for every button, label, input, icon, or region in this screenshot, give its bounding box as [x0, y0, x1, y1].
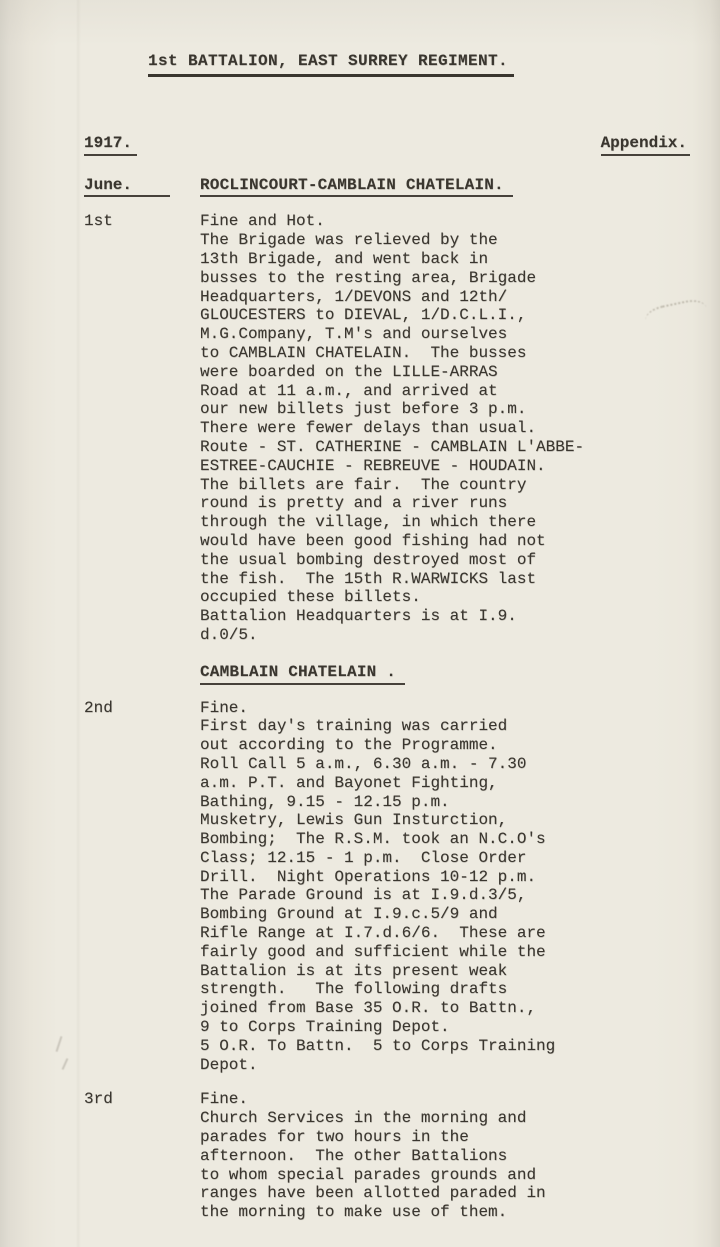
- diary-line: the usual bombing destroyed most of: [200, 551, 720, 570]
- diary-line: joined from Base 35 O.R. to Battn.,: [200, 999, 720, 1018]
- diary-line: The Parade Ground is at I.9.d.3/5,: [200, 886, 720, 905]
- diary-line: occupied these billets.: [200, 588, 720, 607]
- section-heading: CAMBLAIN CHATELAIN .: [200, 663, 405, 685]
- section-heading: ROCLINCOURT-CAMBLAIN CHATELAIN.: [200, 176, 513, 198]
- diary-line: were boarded on the LILLE-ARRAS: [200, 363, 720, 382]
- diary-line: Drill. Night Operations 10-12 p.m.: [200, 868, 720, 887]
- diary-entry: 1stFine and Hot.The Brigade was relieved…: [84, 212, 720, 644]
- diary-line: Road at 11 a.m., and arrived at: [200, 382, 720, 401]
- month-cell: June.: [84, 176, 200, 198]
- diary-line: a.m. P.T. and Bayonet Fighting,: [200, 774, 720, 793]
- diary-line: Route - ST. CATHERINE - CAMBLAIN L'ABBE-: [200, 438, 720, 457]
- document-page: 1st BATTALION, EAST SURREY REGIMENT. 191…: [0, 0, 720, 1247]
- diary-line: the morning to make use of them.: [200, 1203, 720, 1222]
- diary-line: M.G.Company, T.M's and ourselves: [200, 325, 720, 344]
- document-content: 1st BATTALION, EAST SURREY REGIMENT. 191…: [0, 0, 720, 1222]
- diary-line: The Brigade was relieved by the: [200, 231, 720, 250]
- diary-line: Musketry, Lewis Gun Insturction,: [200, 811, 720, 830]
- entry-date: 3rd: [84, 1090, 200, 1109]
- diary-line: through the village, in which there: [200, 513, 720, 532]
- diary-line: Bombing; The R.S.M. took an N.C.O's: [200, 830, 720, 849]
- diary-line: Battalion Headquarters is at I.9.: [200, 607, 720, 626]
- entry-text: Fine.Church Services in the morning andp…: [200, 1090, 720, 1222]
- diary-line: our new billets just before 3 p.m.: [200, 400, 720, 419]
- diary-line: Class; 12.15 - 1 p.m. Close Order: [200, 849, 720, 868]
- diary-line: 13th Brigade, and went back in: [200, 250, 720, 269]
- diary-line: to CAMBLAIN CHATELAIN. The busses: [200, 344, 720, 363]
- month-row: June. ROCLINCOURT-CAMBLAIN CHATELAIN.: [84, 176, 720, 198]
- diary-line: GLOUCESTERS to DIEVAL, 1/D.C.L.I.,: [200, 306, 720, 325]
- diary-line: Fine.: [200, 699, 720, 718]
- diary-line: Battalion is at its present weak: [200, 962, 720, 981]
- appendix-label: Appendix.: [601, 134, 690, 156]
- diary-line: round is pretty and a river runs: [200, 494, 720, 513]
- diary-line: afternoon. The other Battalions: [200, 1147, 720, 1166]
- diary-heading-row: CAMBLAIN CHATELAIN .: [84, 663, 720, 685]
- diary-line: Fine.: [200, 1090, 720, 1109]
- diary-line: strength. The following drafts: [200, 980, 720, 999]
- diary-line: 9 to Corps Training Depot.: [200, 1018, 720, 1037]
- diary-line: to whom special parades grounds and: [200, 1166, 720, 1185]
- entry-date: 1st: [84, 212, 200, 231]
- meta-row: 1917. Appendix.: [84, 134, 690, 156]
- diary-line: d.0/5.: [200, 626, 720, 645]
- diary-line: out according to the Programme.: [200, 736, 720, 755]
- diary-line: would have been good fishing had not: [200, 532, 720, 551]
- diary-line: Church Services in the morning and: [200, 1109, 720, 1128]
- diary-line: parades for two hours in the: [200, 1128, 720, 1147]
- month-label: June.: [84, 176, 170, 197]
- diary-line: ranges have been allotted paraded in: [200, 1184, 720, 1203]
- diary-entries: 1stFine and Hot.The Brigade was relieved…: [84, 212, 720, 1222]
- diary-line: Bombing Ground at I.9.c.5/9 and: [200, 905, 720, 924]
- diary-line: busses to the resting area, Brigade: [200, 269, 720, 288]
- diary-line: Depot.: [200, 1056, 720, 1075]
- diary-line: fairly good and sufficient while the: [200, 943, 720, 962]
- diary-line: Headquarters, 1/DEVONS and 12th/: [200, 288, 720, 307]
- diary-entry: 3rdFine.Church Services in the morning a…: [84, 1090, 720, 1222]
- diary-line: Rifle Range at I.7.d.6/6. These are: [200, 924, 720, 943]
- entry-text: Fine and Hot.The Brigade was relieved by…: [200, 212, 720, 644]
- diary-line: 5 O.R. To Battn. 5 to Corps Training: [200, 1037, 720, 1056]
- diary-line: There were fewer delays than usual.: [200, 419, 720, 438]
- diary-line: Fine and Hot.: [200, 212, 720, 231]
- diary-line: The billets are fair. The country: [200, 476, 720, 495]
- page-title: 1st BATTALION, EAST SURREY REGIMENT.: [148, 52, 514, 77]
- diary-entry: 2ndFine.First day's training was carried…: [84, 699, 720, 1075]
- year-label: 1917.: [84, 134, 137, 156]
- entry-text: Fine.First day's training was carriedout…: [200, 699, 720, 1075]
- diary-line: First day's training was carried: [200, 717, 720, 736]
- diary-line: the fish. The 15th R.WARWICKS last: [200, 570, 720, 589]
- entry-date: 2nd: [84, 699, 200, 718]
- diary-line: Bathing, 9.15 - 12.15 p.m.: [200, 793, 720, 812]
- diary-line: ESTREE-CAUCHIE - REBREUVE - HOUDAIN.: [200, 457, 720, 476]
- diary-line: Roll Call 5 a.m., 6.30 a.m. - 7.30: [200, 755, 720, 774]
